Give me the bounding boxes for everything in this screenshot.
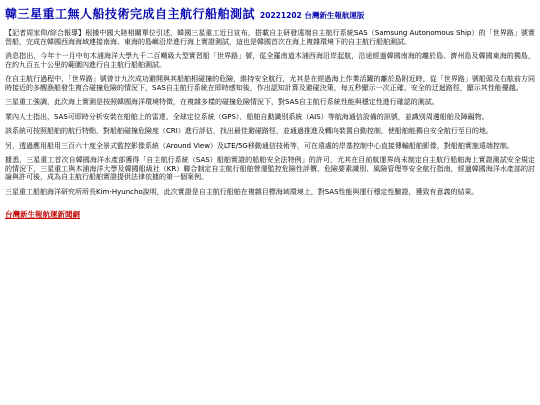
article-paragraph: 在自主航行過程中，「世界路」號曾廿九次成功避開與其船舶相碰撞的危險，維持安全航行… bbox=[5, 75, 535, 92]
article-paragraph: 業內人士指出，SAS可即時分析安裝在船舶上的雷達、全球定位系統（GPS）、船舶自… bbox=[5, 113, 535, 122]
article-paragraph: 該系統可按照船舶的航行特點，對船舶碰撞危險度（CRI）進行評估，找出最佳避碰路徑… bbox=[5, 127, 535, 136]
article-paragraph: 據悉，三星重工首次自韓國海洋水產部獲得「自主航行系統（SAS）船舶實證的船舶安全… bbox=[5, 156, 535, 182]
article-paragraph: 【記者周家仰/綜合報導】根據中國大陸相關單位引述，韓國三星重工近日宣布，搭載自主… bbox=[5, 29, 535, 46]
article-paragraph: 三星重工船舶海洋研究所所長Kim-Hyuncho說明，此次實證是自主航行船舶在複… bbox=[5, 188, 535, 197]
article-paragraph: 消息指出，今年十一月中旬木浦海洋大學九千二百噸級大型實習船「世界路」號，從全羅南… bbox=[5, 52, 535, 69]
footer-source-link[interactable]: 台灣新生報航運新聞網 bbox=[5, 209, 80, 220]
article-dateline: 20221202 台灣新生報航運版 bbox=[260, 11, 364, 20]
article-page: 韓三星重工無人船技術完成自主航行船舶測試20221202 台灣新生報航運版 【記… bbox=[0, 0, 540, 221]
article-header: 韓三星重工無人船技術完成自主航行船舶測試20221202 台灣新生報航運版 bbox=[5, 3, 535, 22]
article-paragraph: 另，透過應用船用三百六十度全景式監控影像系統（Around View）及LTE/… bbox=[5, 142, 535, 151]
article-paragraph: 三星重工強調，此次海上實測是按照韓國海洋環境特徵，在複雜多樣的碰撞危險情況下，對… bbox=[5, 98, 535, 107]
page-title: 韓三星重工無人船技術完成自主航行船舶測試 bbox=[5, 7, 255, 21]
